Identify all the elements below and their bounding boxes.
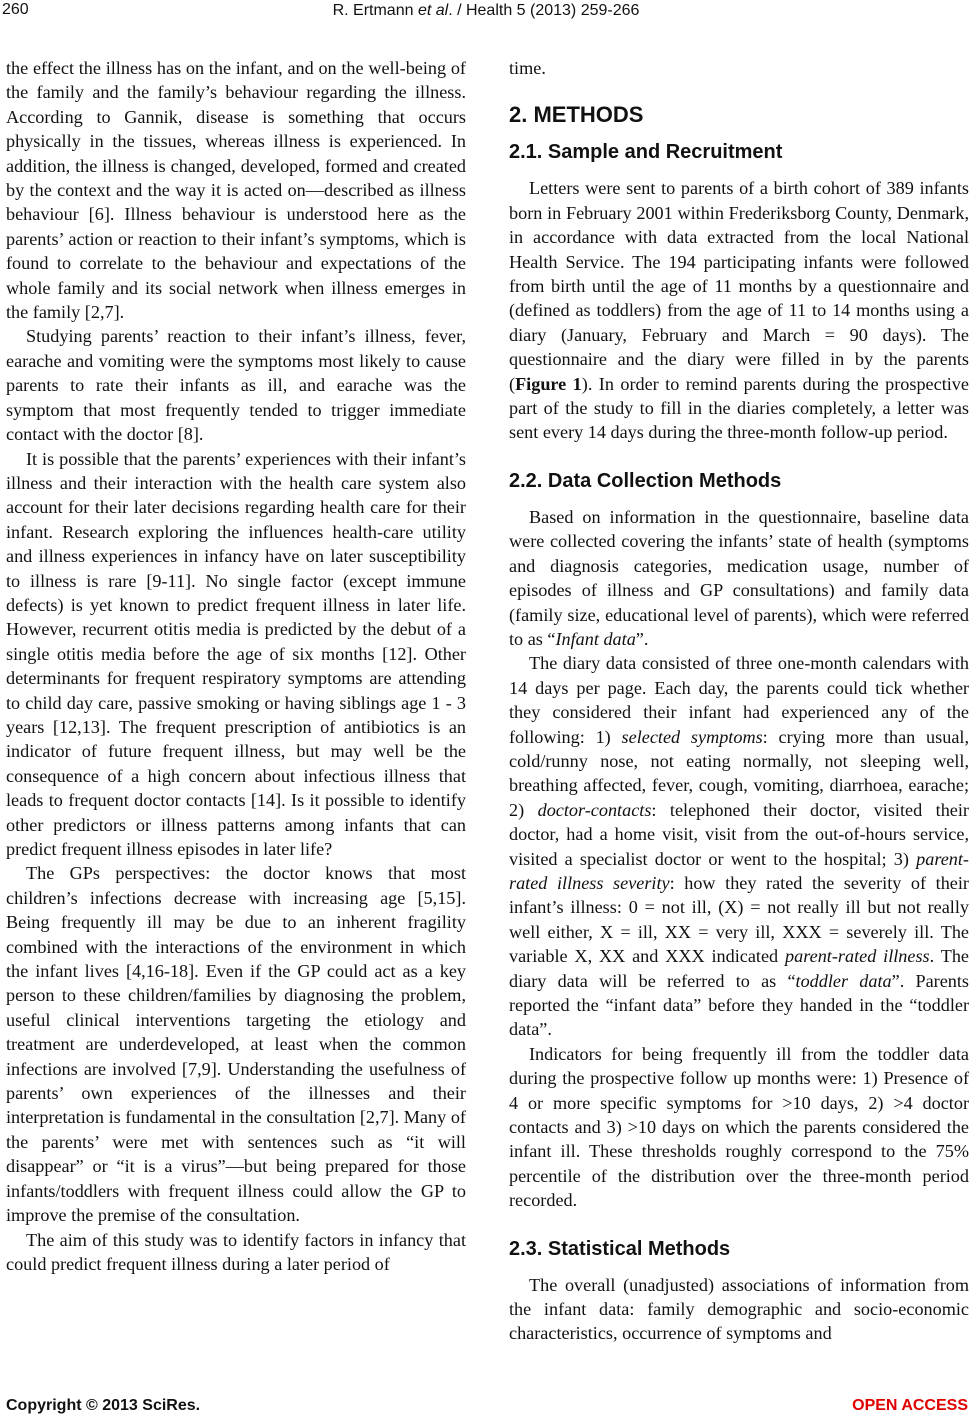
subsection-heading-statistical: 2.3. Statistical Methods xyxy=(509,1237,969,1261)
page-header: 260 R. Ertmann et al. / Health 5 (2013) … xyxy=(0,0,972,24)
paragraph-sample-recruitment: Letters were sent to parents of a birth … xyxy=(509,176,969,444)
right-column: time. 2. METHODS 2.1. Sample and Recruit… xyxy=(509,56,969,1346)
left-column: the effect the illness has on the infant… xyxy=(6,56,466,1276)
running-head-etal: et al xyxy=(418,2,448,19)
running-head: R. Ertmann et al. / Health 5 (2013) 259-… xyxy=(0,2,972,20)
subsection-heading-data-collection: 2.2. Data Collection Methods xyxy=(509,469,969,493)
copyright-notice: Copyright © 2013 SciRes. xyxy=(6,1397,200,1415)
paragraph-study-aim: The aim of this study was to identify fa… xyxy=(6,1228,466,1277)
subsection-heading-sample: 2.1. Sample and Recruitment xyxy=(509,140,969,164)
section-heading-methods: 2. METHODS xyxy=(509,102,969,128)
open-access-badge: OPEN ACCESS xyxy=(852,1397,968,1415)
paragraph-illness-behaviour: the effect the illness has on the infant… xyxy=(6,56,466,324)
emphasis-term: selected symptoms xyxy=(622,727,763,747)
paragraph-parents-reaction: Studying parents’ reaction to their infa… xyxy=(6,324,466,446)
emphasis-term: Infant data xyxy=(555,629,635,649)
text-span: Letters were sent to parents of a birth … xyxy=(509,178,969,393)
paragraph-indicators: Indicators for being frequently ill from… xyxy=(509,1042,969,1213)
page-footer: Copyright © 2013 SciRes. OPEN ACCESS xyxy=(0,1397,972,1417)
paragraph-predictors: It is possible that the parents’ experie… xyxy=(6,447,466,862)
emphasis-term: toddler data xyxy=(796,971,892,991)
text-span: Based on information in the questionnair… xyxy=(509,507,969,649)
emphasis-term: parent-rated illness xyxy=(785,946,930,966)
emphasis-term: doctor-contacts xyxy=(538,800,652,820)
paragraph-continuation: time. xyxy=(509,56,969,80)
figure-reference[interactable]: Figure 1 xyxy=(515,374,582,394)
text-span: ”. xyxy=(636,629,649,649)
paragraph-baseline-data: Based on information in the questionnair… xyxy=(509,505,969,651)
running-head-citation: . / Health 5 (2013) 259-266 xyxy=(448,2,639,19)
paragraph-gp-perspectives: The GPs perspectives: the doctor knows t… xyxy=(6,861,466,1227)
running-head-authors: R. Ertmann xyxy=(333,2,418,19)
paragraph-diary-data: The diary data consisted of three one-mo… xyxy=(509,651,969,1042)
paragraph-statistical-methods: The overall (unadjusted) associations of… xyxy=(509,1273,969,1346)
